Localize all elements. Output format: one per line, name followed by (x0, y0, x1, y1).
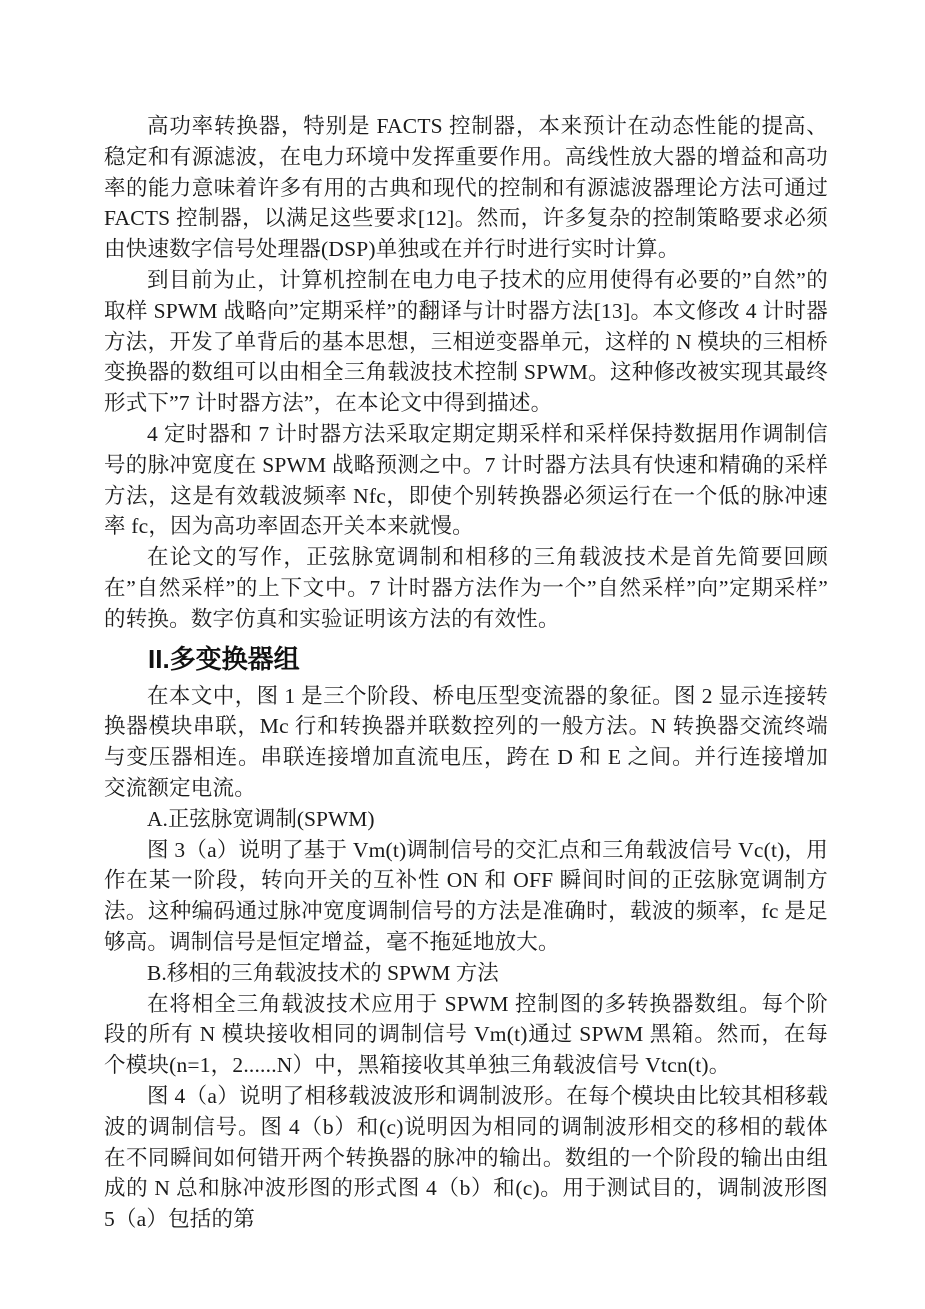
paragraph-converter-array: 在本文中，图 1 是三个阶段、桥电压型变流器的象征。图 2 显示连接转换器模块串… (104, 681, 828, 804)
document-page: 高功率转换器，特别是 FACTS 控制器，本来预计在动态性能的提高、稳定和有源滤… (0, 0, 925, 1309)
subsection-heading-b-phase-shift: B.移相的三角载波技术的 SPWM 方法 (104, 958, 828, 989)
paragraph-computer-control: 到目前为止，计算机控制在电力电子技术的应用使得有必要的”自然”的取样 SPWM … (104, 265, 828, 419)
subsection-heading-a-spwm: A.正弦脉宽调制(SPWM) (104, 804, 828, 835)
paragraph-figure4-waveforms: 图 4（a）说明了相移载波波形和调制波形。在每个模块由比较其相移载波的调制信号。… (104, 1081, 828, 1235)
paragraph-intro-facts: 高功率转换器，特别是 FACTS 控制器，本来预计在动态性能的提高、稳定和有源滤… (104, 111, 828, 265)
paragraph-phase-shift-carrier: 在将相全三角载波技术应用于 SPWM 控制图的多转换器数组。每个阶段的所有 N … (104, 989, 828, 1081)
paragraph-timer-methods: 4 定时器和 7 计时器方法采取定期定期采样和采样保持数据用作调制信号的脉冲宽度… (104, 419, 828, 542)
paragraph-figure3-spwm: 图 3（a）说明了基于 Vm(t)调制信号的交汇点和三角载波信号 Vc(t)，用… (104, 835, 828, 958)
section-heading-multi-converter-group: II.多变换器组 (148, 641, 828, 677)
paragraph-paper-outline: 在论文的写作，正弦脉宽调制和相移的三角载波技术是首先简要回顾在”自然采样”的上下… (104, 542, 828, 634)
